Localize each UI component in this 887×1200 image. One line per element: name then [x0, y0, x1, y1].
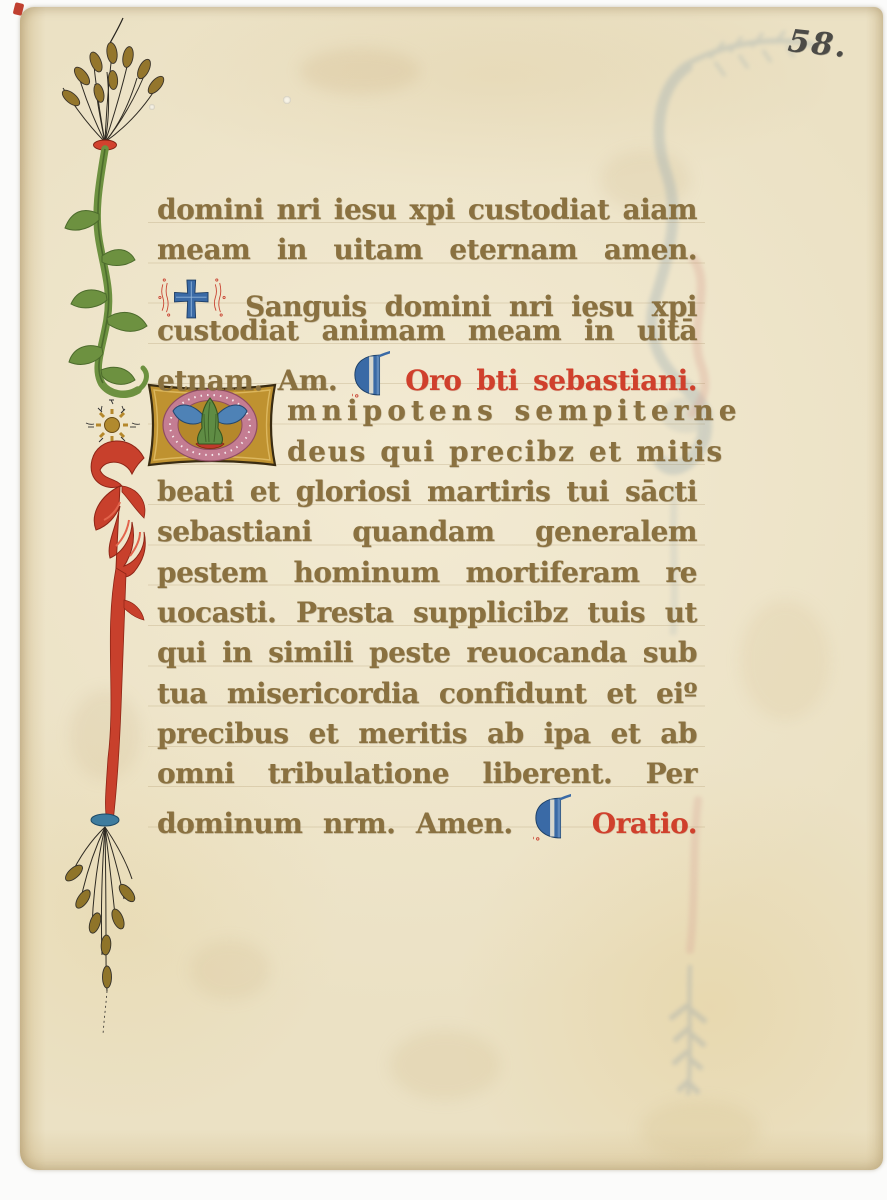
latin-text: custodiat animam meam in uitā [157, 314, 697, 347]
folio-number: 58. [786, 23, 849, 65]
stain-spot [190, 940, 270, 1000]
latin-text: precibus et meritis ab ipa et ab [157, 717, 697, 750]
text-line-8: beati et gloriosi martiris tui sācti [157, 472, 697, 512]
latin-text: uocasti. Presta supplicibz tuis ut [157, 596, 697, 629]
text-line-15: omni tribulatione liberent. Per [157, 754, 697, 794]
text-line-5: etnam. Am. Oro bti sebastiani. [157, 351, 697, 391]
rubric-text: Oratio. [592, 807, 697, 840]
latin-text: deus qui precibz et mitis [287, 435, 724, 468]
latin-text: domini nri iesu xpi custodiat aiam [157, 193, 697, 226]
text-line-14: precibus et meritis ab ipa et ab [157, 714, 697, 754]
latin-text: mnipotens sempiterne [287, 394, 742, 427]
latin-text: beati et gloriosi martiris tui sācti [157, 475, 697, 508]
text-line-16: dominum nrm. Amen. Oratio. [157, 794, 697, 834]
text-line-1: domini nri iesu xpi custodiat aiam [157, 190, 697, 230]
latin-text: tua misericordia confidunt et eiº [157, 677, 697, 710]
text-line-3: Sanguis domini nri iesu xpi [157, 271, 697, 311]
text-line-11: uocasti. Presta supplicibz tuis ut [157, 593, 697, 633]
text-line-2: meam in uitam eternam amen. [157, 230, 697, 270]
text-line-12: qui in simili peste reuocanda sub [157, 633, 697, 673]
latin-text: sebastiani quandam generalem [157, 515, 697, 548]
text-line-4: custodiat animam meam in uitā [157, 311, 697, 351]
vellum-speck [283, 96, 291, 104]
latin-text: dominum nrm. Amen. [157, 807, 513, 840]
text-line-13: tua misericordia confidunt et eiº [157, 674, 697, 714]
text-line-10: pestem hominum mortiferam re [157, 553, 697, 593]
latin-text: qui in simili peste reuocanda sub [157, 636, 697, 669]
latin-text: pestem hominum mortiferam re [157, 556, 697, 589]
red-acanthus-ornament [82, 428, 162, 828]
text-line-6: mnipotens sempiterne [157, 391, 697, 431]
text-block: domini nri iesu xpi custodiat aiam meam … [157, 190, 697, 835]
text-line-9: sebastiani quandam generalem [157, 512, 697, 552]
latin-text: omni tribulatione liberent. Per [157, 757, 697, 790]
latin-text: meam in uitam eternam amen. [157, 233, 697, 266]
stain-spot [300, 48, 420, 94]
text-line-7: deus qui precibz et mitis [157, 432, 697, 472]
stain-spot [390, 1030, 500, 1100]
paragraph-mark-icon [533, 794, 571, 842]
